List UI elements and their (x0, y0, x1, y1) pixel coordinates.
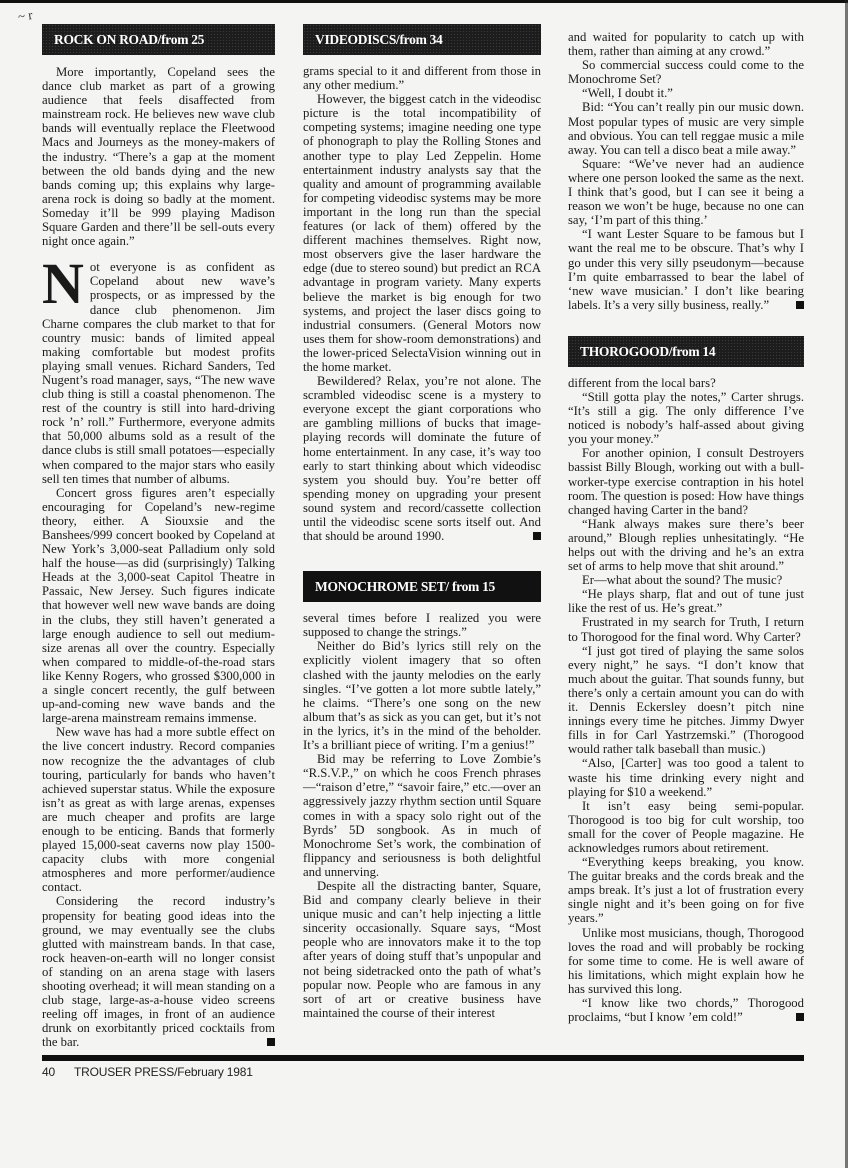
end-of-article-mark (796, 301, 804, 309)
paragraph-text: “I want Lester Square to be famous but I… (568, 227, 804, 311)
paragraph-last: “I know like two chords,” Thorogood proc… (568, 996, 804, 1024)
paragraph: “Well, I doubt it.” (568, 86, 804, 100)
paragraph-last: Bewildered? Relax, you’re not alone. The… (303, 374, 541, 543)
paragraph: different from the local bars? (568, 376, 804, 390)
paragraph-last: “I want Lester Square to be famous but I… (568, 227, 804, 312)
paragraph: Bid: “You can’t really pin our music dow… (568, 100, 804, 156)
article-body-rock-on-road: More importantly, Copeland sees the danc… (42, 65, 275, 1049)
paragraph: “Hank always makes sure there’s beer aro… (568, 517, 804, 573)
paragraph: Bid may be referring to Love Zombie’s “R… (303, 752, 541, 879)
article-body-thorogood: different from the local bars? “Still go… (568, 376, 804, 1024)
paragraph: It isn’t easy being semi-popular. Thorog… (568, 799, 804, 855)
end-of-article-mark (533, 532, 541, 540)
end-of-article-mark (267, 1038, 275, 1046)
paragraph: For another opinion, I consult Destroyer… (568, 446, 804, 516)
paragraph: Er—what about the sound? The music? (568, 573, 804, 587)
paragraph: Concert gross figures aren’t especially … (42, 486, 275, 726)
paragraph: Despite all the distracting banter, Squa… (303, 879, 541, 1020)
dropcap-letter: N (42, 262, 84, 306)
paragraph: several times before I realized you were… (303, 611, 541, 639)
paragraph: “Also, [Carter] was too good a talent to… (568, 756, 804, 798)
spacer (568, 312, 804, 336)
section-banner-videodiscs: VIDEODISCS/from 34 (303, 24, 541, 55)
page-footer: 40TROUSER PRESS/February 1981 (42, 1065, 253, 1079)
section-banner-thorogood: THOROGOOD/from 14 (568, 336, 804, 367)
paragraph-dropcap: Not everyone is as confident as Copeland… (42, 260, 275, 486)
spacer (303, 543, 541, 571)
footer-rule (42, 1055, 804, 1061)
paragraph: So commercial success could come to the … (568, 58, 804, 86)
page-top-edge (0, 0, 848, 3)
paragraph: “I just got tired of playing the same so… (568, 644, 804, 757)
paragraph-text: Considering the record industry’s propen… (42, 894, 275, 1049)
article-body-monochrome-set-continued: and waited for popularity to catch up wi… (568, 30, 804, 312)
article-body-videodiscs: grams special to it and different from t… (303, 64, 541, 543)
paragraph: Frustrated in my search for Truth, I ret… (568, 615, 804, 643)
publication-line: TROUSER PRESS/February 1981 (74, 1065, 253, 1079)
section-banner-monochrome-set: MONOCHROME SET/ from 15 (303, 571, 541, 602)
end-of-article-mark (796, 1013, 804, 1021)
section-banner-rock-on-road: ROCK ON ROAD/from 25 (42, 24, 275, 55)
column-3: and waited for popularity to catch up wi… (568, 30, 804, 1024)
paragraph: Square: “We’ve never had an audience whe… (568, 157, 804, 227)
article-body-monochrome-set: several times before I realized you were… (303, 611, 541, 1020)
paragraph: Unlike most musicians, though, Thorogood… (568, 926, 804, 996)
column-2: VIDEODISCS/from 34 grams special to it a… (303, 24, 541, 1020)
paragraph: More importantly, Copeland sees the danc… (42, 65, 275, 248)
paragraph: “Still gotta play the notes,” Carter shr… (568, 390, 804, 446)
paragraph-text: Bewildered? Relax, you’re not alone. The… (303, 374, 541, 543)
paragraph-text: “I know like two chords,” Thorogood proc… (568, 996, 804, 1024)
paragraph: However, the biggest catch in the videod… (303, 92, 541, 374)
page-number: 40 (42, 1065, 74, 1079)
paragraph: “Everything keeps breaking, you know. Th… (568, 855, 804, 925)
paragraph: New wave has had a more subtle effect on… (42, 725, 275, 894)
paragraph: and waited for popularity to catch up wi… (568, 30, 804, 58)
margin-scribble: ~ r (17, 7, 34, 25)
paragraph: Neither do Bid’s lyrics still rely on th… (303, 639, 541, 752)
paragraph-last: Considering the record industry’s propen… (42, 894, 275, 1049)
paragraph: grams special to it and different from t… (303, 64, 541, 92)
column-1: ROCK ON ROAD/from 25 More importantly, C… (42, 24, 275, 1049)
paragraph: “He plays sharp, flat and out of tune ju… (568, 587, 804, 615)
